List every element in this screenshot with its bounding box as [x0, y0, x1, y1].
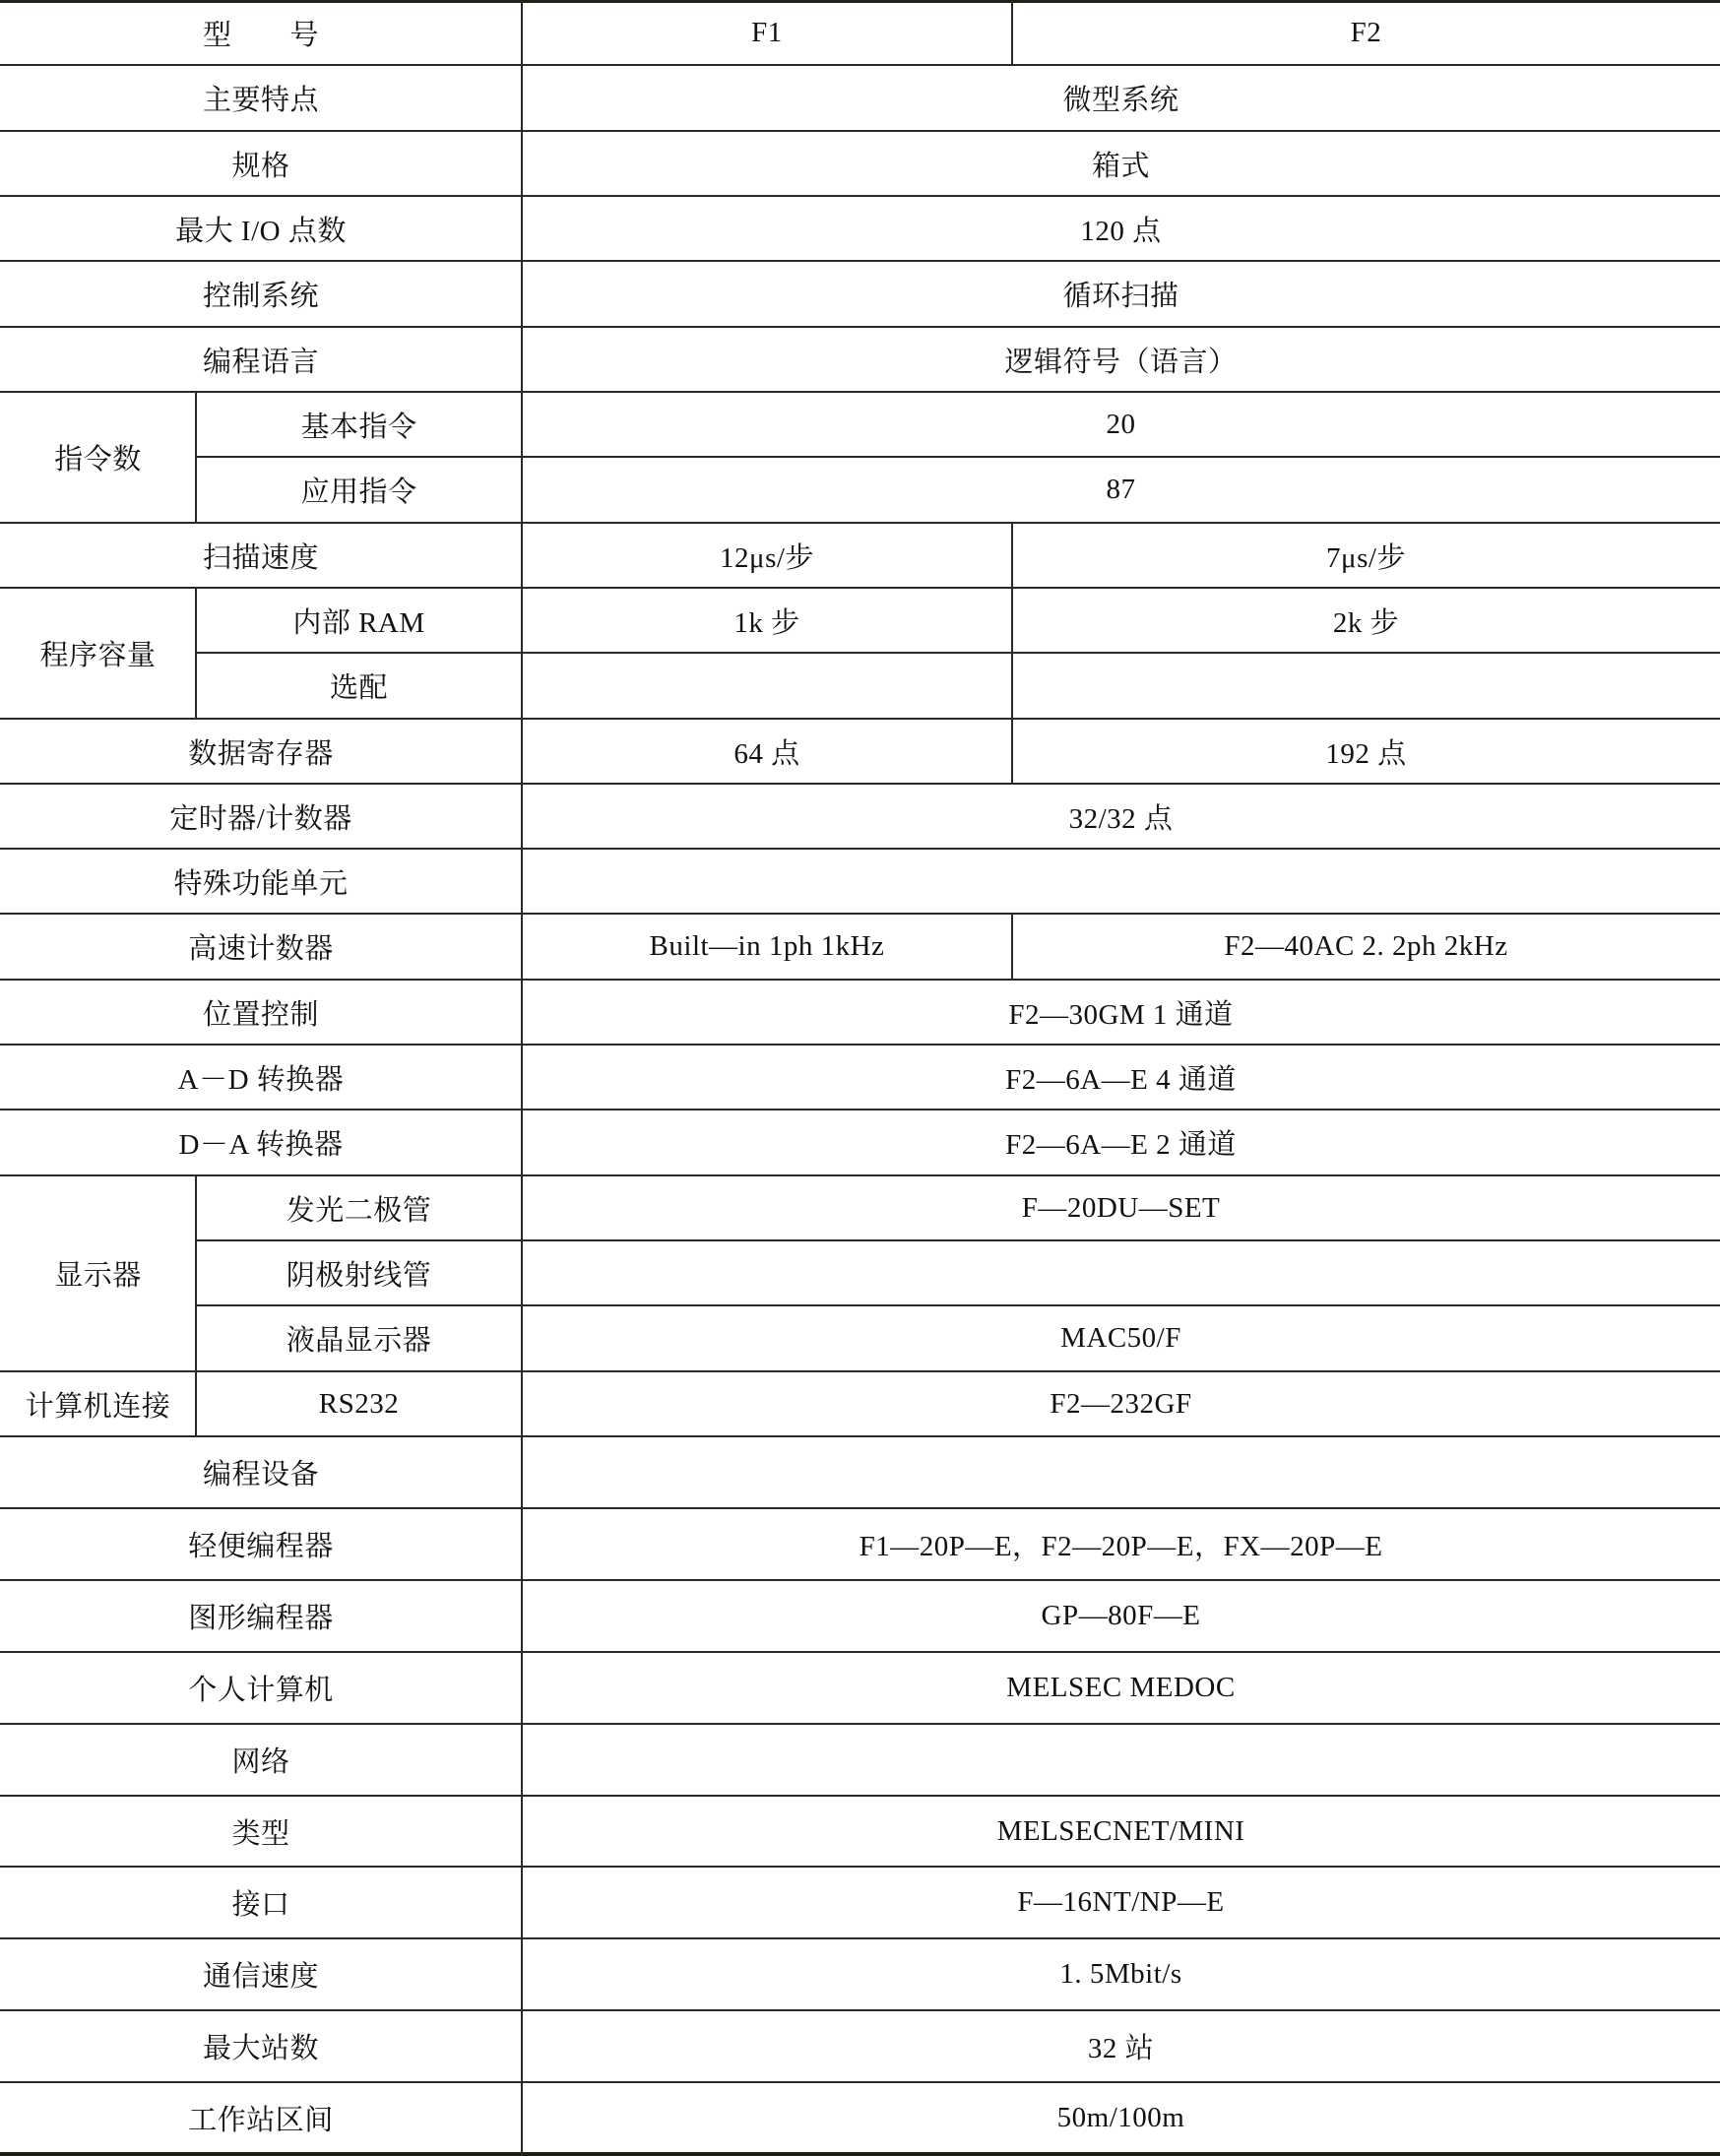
f2-value: 2k 步 — [1012, 588, 1720, 653]
row-label: 编程语言 — [0, 327, 522, 392]
group-label: 显示器 — [0, 1175, 196, 1371]
shared-value: 1. 5Mbit/s — [522, 1938, 1720, 2010]
f1-value: 64 点 — [522, 719, 1012, 784]
sub-label: RS232 — [196, 1371, 522, 1436]
column-divider — [1011, 719, 1013, 784]
row-label: 规格 — [0, 131, 522, 196]
row-label: 图形编程器 — [0, 1580, 522, 1652]
row-label: 位置控制 — [0, 980, 522, 1045]
f1-value: Built—in 1ph 1kHz — [522, 914, 1012, 980]
column-divider — [1011, 0, 1013, 65]
row-label: 个人计算机 — [0, 1652, 522, 1724]
group-label: 计算机连接 — [0, 1371, 196, 1436]
shared-value: 32/32 点 — [522, 784, 1720, 849]
header-f2: F2 — [1012, 0, 1720, 65]
row-label: 扫描速度 — [0, 523, 522, 588]
shared-value: F—16NT/NP—E — [522, 1867, 1720, 1938]
shared-value: 逻辑符号（语言） — [522, 327, 1720, 392]
shared-value: GP—80F—E — [522, 1580, 1720, 1652]
row-label: 编程设备 — [0, 1436, 522, 1508]
shared-value: MELSEC MEDOC — [522, 1652, 1720, 1724]
row-label: 主要特点 — [0, 65, 522, 131]
f2-value: 7μs/步 — [1012, 523, 1720, 588]
sub-label: 基本指令 — [196, 392, 522, 457]
shared-value — [522, 849, 1720, 914]
row-label: 特殊功能单元 — [0, 849, 522, 914]
header-f1: F1 — [522, 0, 1012, 65]
f2-value: F2—40AC 2. 2ph 2kHz — [1012, 914, 1720, 980]
row-label: 接口 — [0, 1867, 522, 1938]
plc-spec-table: 型 号F1F2主要特点微型系统规格箱式最大 I/O 点数120 点控制系统循环扫… — [0, 0, 1720, 2156]
sub-label: 发光二极管 — [196, 1175, 522, 1240]
sub-label: 阴极射线管 — [196, 1240, 522, 1305]
row-label: 最大 I/O 点数 — [0, 196, 522, 261]
shared-value: MELSECNET/MINI — [522, 1796, 1720, 1867]
sub-label: 液晶显示器 — [196, 1305, 522, 1371]
row-label: 定时器/计数器 — [0, 784, 522, 849]
shared-value: 50m/100m — [522, 2082, 1720, 2154]
shared-value — [522, 1240, 1720, 1305]
shared-value: F2—30GM 1 通道 — [522, 980, 1720, 1045]
shared-value: 87 — [522, 457, 1720, 523]
sub-label: 内部 RAM — [196, 588, 522, 653]
shared-value — [522, 1724, 1720, 1796]
f2-value: 192 点 — [1012, 719, 1720, 784]
f1-value — [522, 653, 1012, 719]
column-divider — [521, 0, 523, 65]
row-label: 最大站数 — [0, 2010, 522, 2082]
sub-label: 选配 — [196, 653, 522, 719]
shared-value: F—20DU—SET — [522, 1175, 1720, 1240]
shared-value: F2—6A—E 4 通道 — [522, 1045, 1720, 1110]
column-divider — [1011, 653, 1013, 719]
shared-value: F2—6A—E 2 通道 — [522, 1110, 1720, 1175]
row-label: 控制系统 — [0, 261, 522, 327]
row-label: 高速计数器 — [0, 914, 522, 980]
shared-value: 循环扫描 — [522, 261, 1720, 327]
row-label: 数据寄存器 — [0, 719, 522, 784]
shared-value: MAC50/F — [522, 1305, 1720, 1371]
row-label: 类型 — [0, 1796, 522, 1867]
f1-value: 1k 步 — [522, 588, 1012, 653]
shared-value: F2—232GF — [522, 1371, 1720, 1436]
group-label: 程序容量 — [0, 588, 196, 719]
column-divider — [1011, 523, 1013, 588]
column-divider — [1011, 588, 1013, 653]
row-label: A－D 转换器 — [0, 1045, 522, 1110]
shared-value: F1—20P—E，F2—20P—E，FX—20P—E — [522, 1508, 1720, 1580]
group-label: 指令数 — [0, 392, 196, 523]
shared-value: 20 — [522, 392, 1720, 457]
row-label: D－A 转换器 — [0, 1110, 522, 1175]
shared-value: 箱式 — [522, 131, 1720, 196]
row-label: 通信速度 — [0, 1938, 522, 2010]
row-label: 网络 — [0, 1724, 522, 1796]
row-label: 工作站区间 — [0, 2082, 522, 2154]
header-model-label: 型 号 — [0, 0, 522, 65]
shared-value: 120 点 — [522, 196, 1720, 261]
column-divider — [1011, 914, 1013, 980]
shared-value: 32 站 — [522, 2010, 1720, 2082]
f2-value — [1012, 653, 1720, 719]
shared-value — [522, 1436, 1720, 1508]
row-label: 轻便编程器 — [0, 1508, 522, 1580]
shared-value: 微型系统 — [522, 65, 1720, 131]
f1-value: 12μs/步 — [522, 523, 1012, 588]
sub-label: 应用指令 — [196, 457, 522, 523]
